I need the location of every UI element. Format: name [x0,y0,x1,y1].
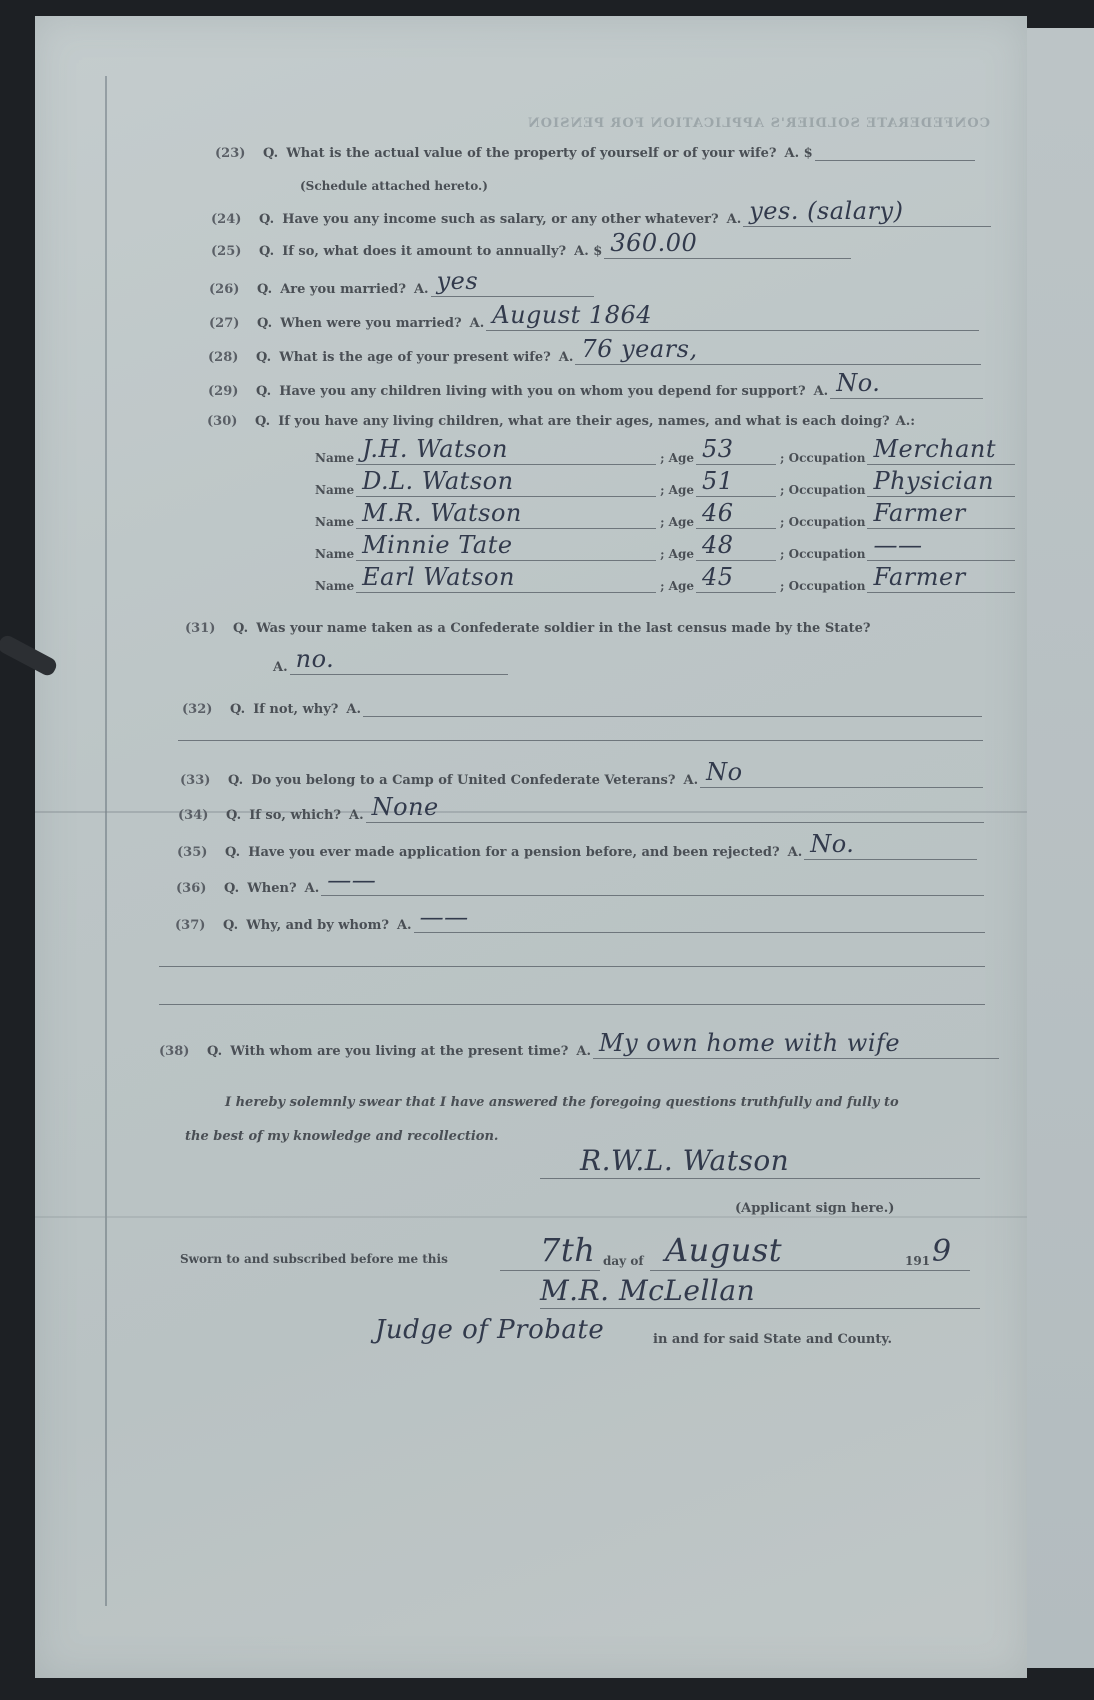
child-age-field[interactable]: 46 [696,510,776,529]
answer-31: A. no. [273,656,508,675]
answer-field[interactable]: No. [804,841,977,860]
child-row: Name M.R. Watson ; Age 46 ; Occupation F… [315,510,1015,529]
child-occupation-field[interactable]: Physician [867,478,1015,497]
sworn-day-field[interactable]: 7th [500,1270,600,1271]
applicant-signature-line[interactable]: R.W.L. Watson [540,1178,980,1179]
child-occupation-field[interactable]: —— [867,542,1015,561]
answer-field[interactable]: None [366,804,984,823]
answer-field[interactable]: My own home with wife [593,1040,999,1059]
question-38: (38) Q. With whom are you living at the … [159,1040,999,1059]
child-name-field[interactable]: Earl Watson [356,574,656,593]
question-35: (35) Q. Have you ever made application f… [177,841,977,860]
question-37: (37) Q. Why, and by whom? A. —— [175,914,985,933]
question-30: (30) Q. If you have any living children,… [207,414,915,429]
pension-application-page: CONFEDERATE SOLDIER'S APPLICATION FOR PE… [35,16,1027,1678]
official-signature: M.R. McLellan [540,1274,755,1307]
question-33: (33) Q. Do you belong to a Camp of Unite… [180,769,983,788]
child-name-field[interactable]: J.H. Watson [356,446,656,465]
question-29: (29) Q. Have you any children living wit… [208,380,983,399]
answer-field[interactable]: —— [414,914,985,933]
adjacent-page [1025,28,1094,1668]
child-name-field[interactable]: D.L. Watson [356,478,656,497]
answer-field[interactable] [815,142,975,161]
question-31: (31) Q. Was your name taken as a Confede… [185,621,871,636]
child-name-field[interactable]: Minnie Tate [356,542,656,561]
child-age-field[interactable]: 53 [696,446,776,465]
year-field[interactable]: 9 [930,1270,970,1271]
question-text: What is the actual value of the property… [286,146,776,161]
child-occupation-field[interactable]: Farmer [867,510,1015,529]
answer-field[interactable]: No. [830,380,983,399]
child-row: Name J.H. Watson ; Age 53 ; Occupation M… [315,446,1015,465]
child-age-field[interactable]: 48 [696,542,776,561]
question-36: (36) Q. When? A. —— [176,877,984,896]
official-signature-line[interactable]: M.R. McLellan [540,1308,980,1309]
answer-continuation-line[interactable] [178,740,983,741]
day-of-label: day of [603,1254,643,1268]
answer-field[interactable] [363,698,982,717]
question-28: (28) Q. What is the age of your present … [208,346,981,365]
paper-fold [35,1216,1027,1218]
answer-field[interactable]: no. [290,656,508,675]
answer-field[interactable]: No [700,769,983,788]
year-prefix: 191 [905,1254,930,1268]
answer-continuation-line[interactable] [159,966,985,967]
answer-field[interactable]: yes. (salary) [743,208,991,227]
child-row: Name D.L. Watson ; Age 51 ; Occupation P… [315,478,1015,497]
child-age-field[interactable]: 45 [696,574,776,593]
answer-field[interactable]: August 1864 [486,312,979,331]
question-34: (34) Q. If so, which? A. None [178,804,984,823]
answer-field[interactable]: —— [321,877,984,896]
official-title: Judge of Probate [375,1315,604,1345]
question-32: (32) Q. If not, why? A. [182,698,982,717]
jurisdiction-text: in and for said State and County. [653,1332,892,1347]
question-27: (27) Q. When were you married? A. August… [209,312,979,331]
answer-field[interactable]: 76 years, [575,346,981,365]
question-25: (25) Q. If so, what does it amount to an… [211,240,851,259]
applicant-signature: R.W.L. Watson [580,1144,789,1177]
child-row: Name Minnie Tate ; Age 48 ; Occupation —… [315,542,1015,561]
answer-field[interactable]: yes [431,278,594,297]
question-26: (26) Q. Are you married? A. yes [209,278,594,297]
bleed-through-header: CONFEDERATE SOLDIER'S APPLICATION FOR PE… [210,116,990,131]
question-23: (23) Q. What is the actual value of the … [215,142,975,161]
child-age-field[interactable]: 51 [696,478,776,497]
child-name-field[interactable]: M.R. Watson [356,510,656,529]
child-occupation-field[interactable]: Farmer [867,574,1015,593]
child-row: Name Earl Watson ; Age 45 ; Occupation F… [315,574,1015,593]
child-occupation-field[interactable]: Merchant [867,446,1015,465]
sworn-text: Sworn to and subscribed before me this [180,1252,448,1266]
sworn-month-field[interactable]: August [650,1270,935,1271]
answer-field[interactable]: 360.00 [604,240,851,259]
schedule-note: (Schedule attached hereto.) [300,179,488,193]
question-24: (24) Q. Have you any income such as sala… [211,208,991,227]
applicant-sign-label: (Applicant sign here.) [735,1201,894,1216]
answer-continuation-line[interactable] [159,1004,985,1005]
